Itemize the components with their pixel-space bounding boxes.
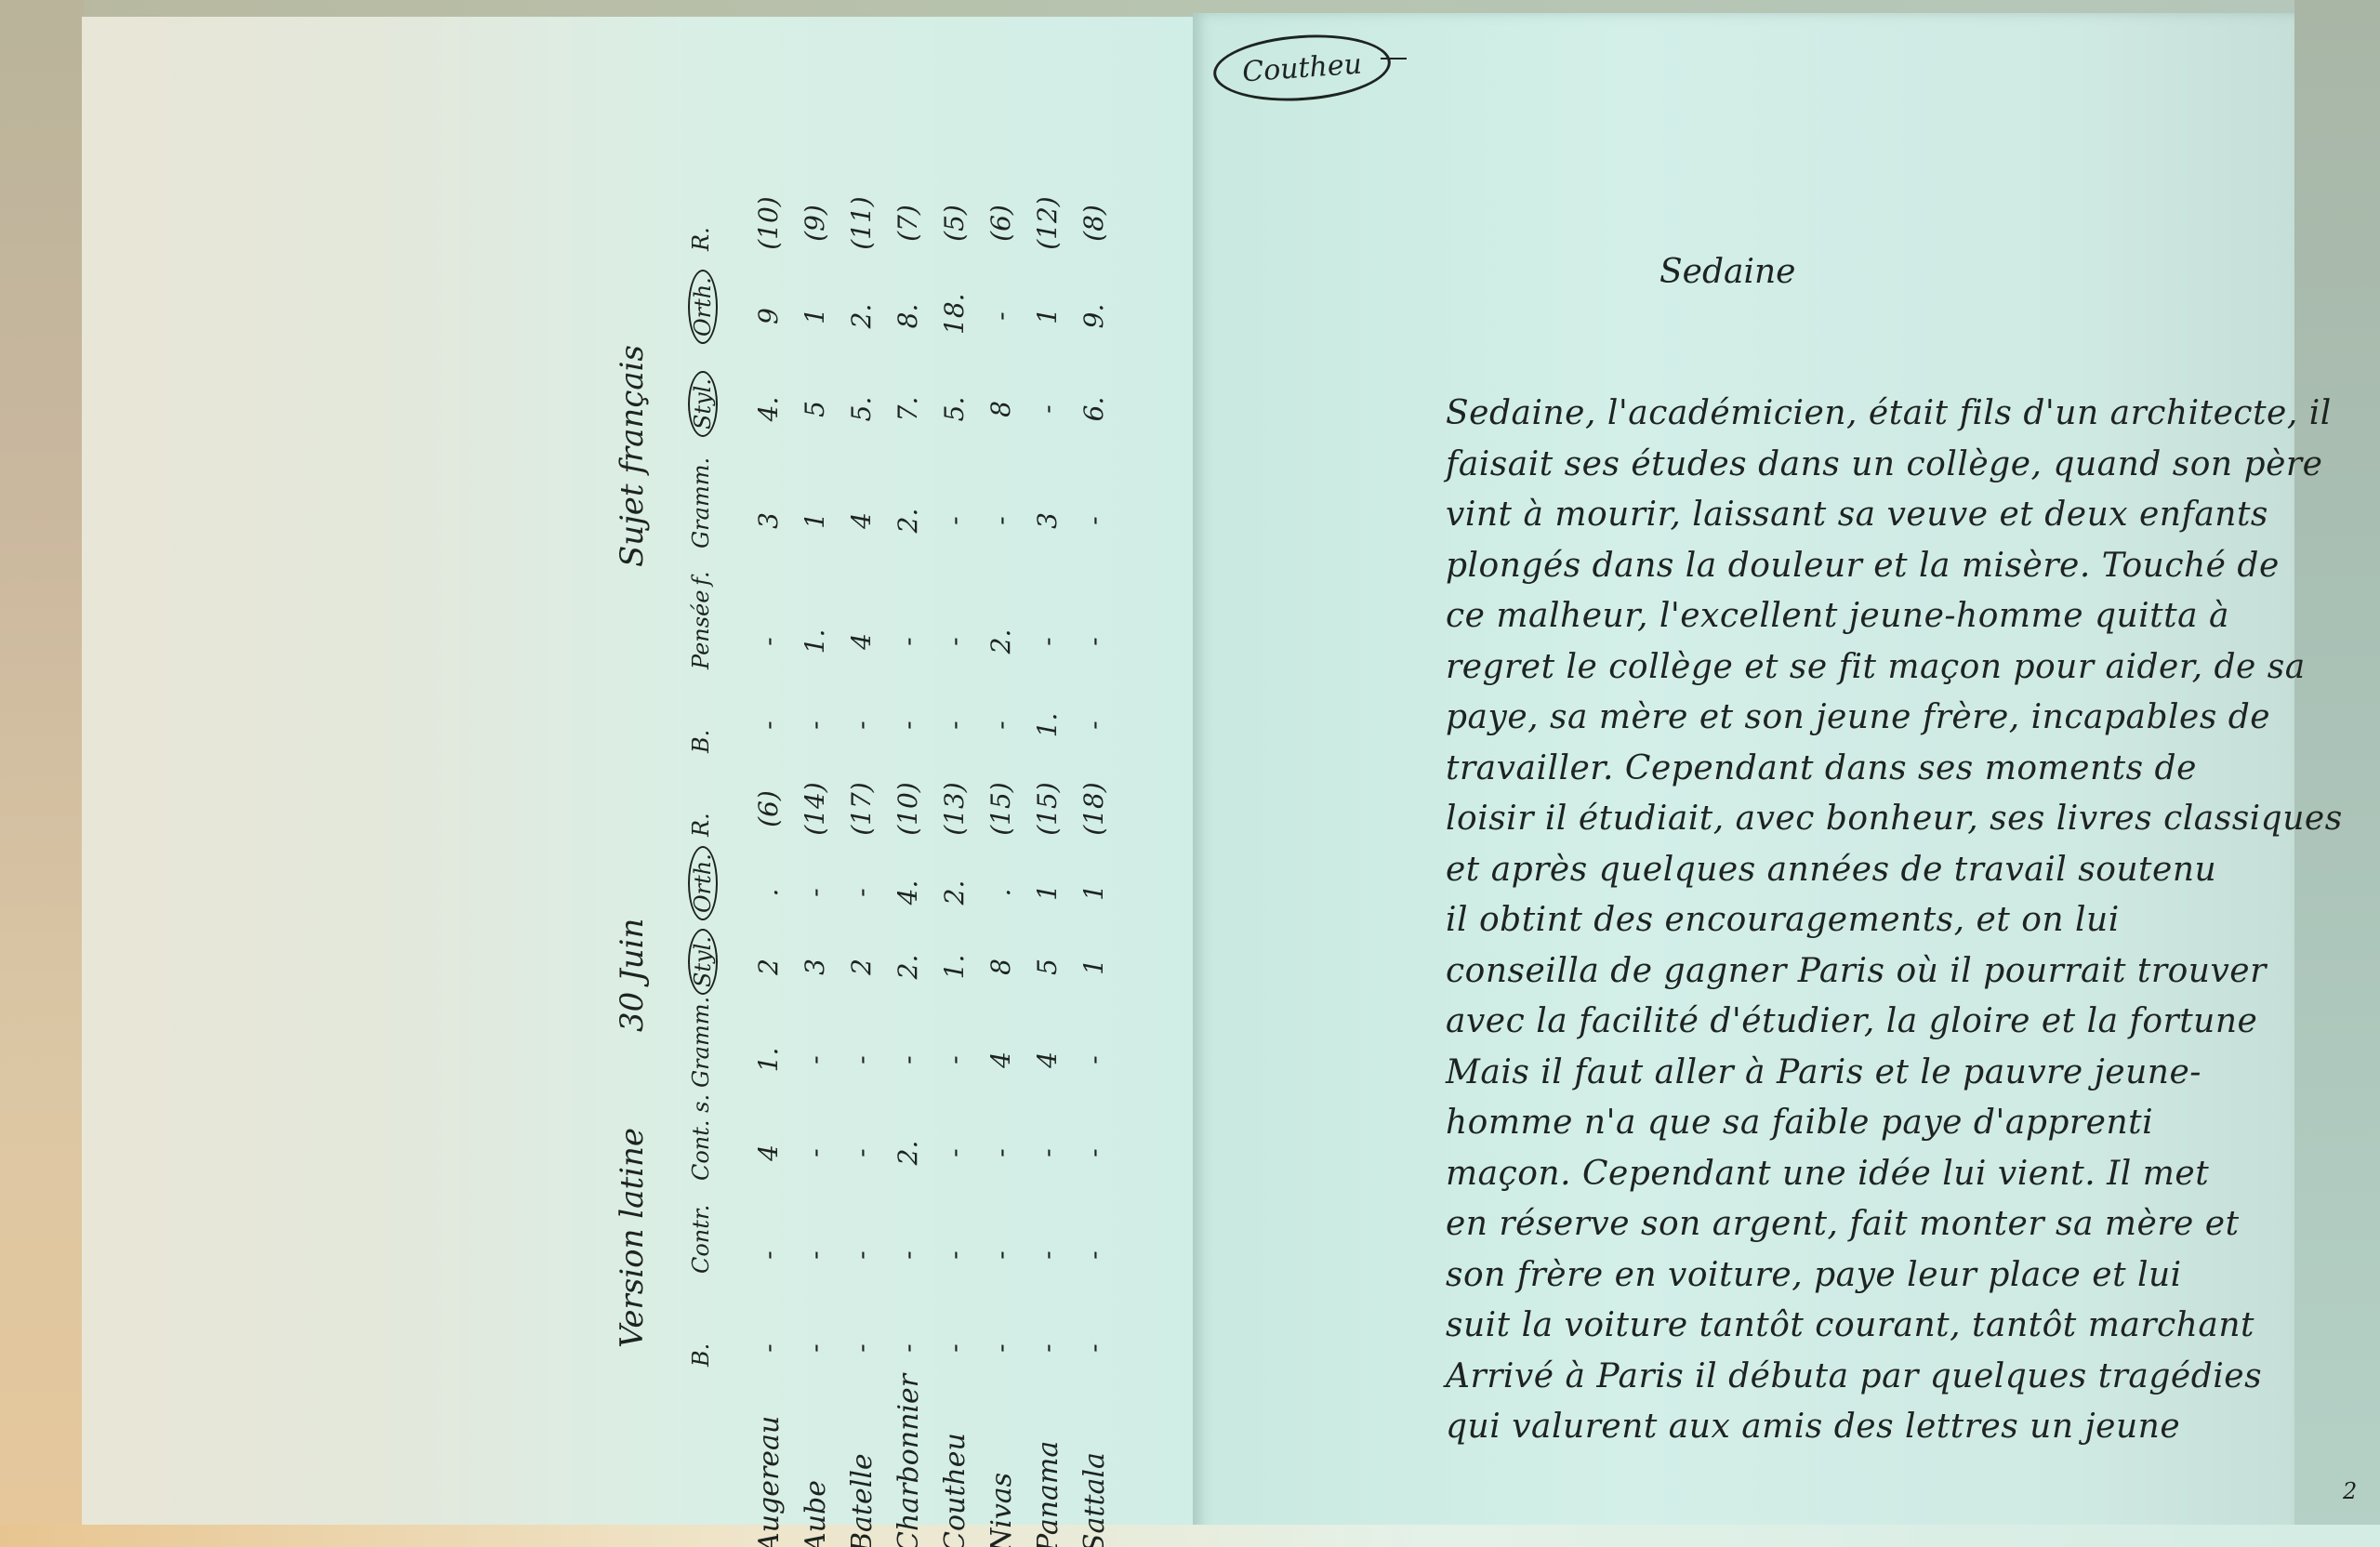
grade-cell: -	[800, 707, 830, 744]
grade-cell: 9	[753, 297, 784, 335]
date-heading: 30 Juin	[614, 919, 651, 1032]
grade-cell: 1.	[800, 623, 830, 660]
table-row: Augereau - - 4 1. 2 . (6) - - 3 4. 9 (10…	[753, 158, 800, 1547]
grade-cell: -	[846, 707, 877, 744]
text-line: il obtint des encouragements, et on lui	[1446, 895, 2320, 946]
grade-cell: -	[985, 1134, 1016, 1171]
text-line: Sedaine, l'académicien, était fils d'un …	[1446, 389, 2320, 440]
grade-cell: 3	[800, 948, 830, 985]
grade-cell: -	[892, 1236, 923, 1274]
rank-cell: (13)	[939, 781, 970, 837]
grade-cell: -	[892, 623, 923, 660]
grade-cell: 5	[800, 390, 830, 428]
table-row: Sattala - - - - 1 1 (18) - - - 6. 9. (8)	[1078, 158, 1125, 1547]
student-name: Sattala	[1078, 1376, 1111, 1547]
text-line: qui valurent aux amis des lettres un jeu…	[1446, 1402, 2320, 1453]
rank-cell: (18)	[1078, 781, 1109, 837]
rank-cell: (15)	[1032, 781, 1063, 837]
column-header: B.	[688, 1343, 714, 1367]
text-line: ce malheur, l'excellent jeune-homme quit…	[1446, 591, 2320, 642]
grade-cell: 8	[985, 390, 1016, 428]
text-line: homme n'a que sa faible paye d'apprenti	[1446, 1098, 2320, 1149]
grade-cell: 5.	[939, 390, 970, 428]
scan-bottom-edge	[0, 1525, 2380, 1547]
rank-cell: (5)	[939, 195, 970, 251]
grade-cell: -	[846, 1134, 877, 1171]
grade-cell: -	[939, 707, 970, 744]
grade-cell: 4	[846, 623, 877, 660]
grade-cell: 5	[1032, 948, 1063, 985]
grade-cell: 2.	[985, 623, 1016, 660]
grade-cell: -	[846, 1329, 877, 1367]
grade-cell: 1	[1078, 874, 1109, 911]
rank-cell: (7)	[892, 195, 923, 251]
grade-cell: 6.	[1078, 390, 1109, 428]
student-name: Charbonnier	[892, 1376, 925, 1547]
text-line: et après quelques années de travail sout…	[1446, 845, 2320, 896]
grade-cell: -	[892, 1329, 923, 1367]
grade-cell: -	[800, 1236, 830, 1274]
grade-cell: 8	[985, 948, 1016, 985]
table-row: Aube - - - - 3 - (14) - 1. 1 5 1 (9)	[800, 158, 846, 1547]
column-header: Orth.	[688, 270, 718, 344]
grade-cell: -	[1078, 1041, 1109, 1078]
grade-cell: 2.	[892, 502, 923, 539]
text-line: plongés dans la douleur et la misère. To…	[1446, 541, 2320, 592]
grade-cell: 9.	[1078, 297, 1109, 335]
table-row: Charbonnier - - 2. - 2. 4. (10) - - 2. 7…	[892, 158, 939, 1547]
grade-cell: 5.	[846, 390, 877, 428]
grade-cell: 2.	[939, 874, 970, 911]
stamp-name: Coutheu	[1241, 47, 1363, 88]
text-line: conseilla de gagner Paris où il pourrait…	[1446, 946, 2320, 998]
grade-cell: -	[753, 1236, 784, 1274]
grade-cell: -	[985, 1329, 1016, 1367]
text-line: travailler. Cependant dans ses moments d…	[1446, 744, 2320, 795]
grade-cell: -	[753, 707, 784, 744]
column-header: f.	[688, 571, 714, 586]
column-header: R.	[688, 813, 714, 837]
column-header: Contr.	[688, 1205, 714, 1274]
grade-cell: -	[1032, 390, 1063, 428]
grade-cell: -	[1032, 1134, 1063, 1171]
text-line: Arrivé à Paris il débuta par quelques tr…	[1446, 1352, 2320, 1403]
rank-cell: (10)	[892, 781, 923, 837]
grade-cell: .	[985, 874, 1016, 911]
grade-cell: -	[800, 1329, 830, 1367]
grade-cell: -	[1032, 1329, 1063, 1367]
student-name: Aube	[800, 1376, 832, 1547]
grade-cell: -	[892, 707, 923, 744]
grade-cell: -	[1032, 623, 1063, 660]
rank-cell: (9)	[800, 195, 830, 251]
grade-cell: 1.	[1032, 707, 1063, 744]
column-header: Gramm.	[688, 457, 714, 549]
scan-left-edge	[0, 0, 84, 1547]
grade-cell: 7.	[892, 390, 923, 428]
table-row: Panama - - - 4 5 1 (15) 1. - 3 - 1 (12)	[1032, 158, 1078, 1547]
grade-cell: 4.	[753, 390, 784, 428]
student-name: Nivas	[985, 1376, 1018, 1547]
student-name: Panama	[1032, 1376, 1064, 1547]
grade-cell: -	[1078, 1134, 1109, 1171]
grade-cell: -	[800, 874, 830, 911]
grade-cell: 2	[846, 948, 877, 985]
column-header: Styl.	[688, 929, 718, 995]
grade-cell: -	[846, 874, 877, 911]
grade-cell: -	[753, 623, 784, 660]
rank-cell: (15)	[985, 781, 1016, 837]
text-line: Mais il faut aller à Paris et le pauvre …	[1446, 1048, 2320, 1099]
rank-cell: (6)	[985, 195, 1016, 251]
text-line: regret le collège et se fit maçon pour a…	[1446, 642, 2320, 694]
table-row: Coutheu - - - - 1. 2. (13) - - - 5. 18. …	[939, 158, 985, 1547]
grade-cell: -	[939, 1041, 970, 1078]
text-line: paye, sa mère et son jeune frère, incapa…	[1446, 693, 2320, 744]
grade-cell: -	[800, 1134, 830, 1171]
grade-cell: 1.	[939, 948, 970, 985]
grade-cell: -	[939, 1134, 970, 1171]
column-header: B.	[688, 730, 714, 753]
grade-cell: .	[753, 874, 784, 911]
grade-cell: -	[939, 623, 970, 660]
section-french-heading: Sujet français	[614, 345, 651, 567]
grade-cell: -	[1078, 1236, 1109, 1274]
grade-cell: 2.	[892, 1134, 923, 1171]
grade-cell: -	[1078, 502, 1109, 539]
section-latin-heading: Version latine	[614, 1128, 651, 1348]
column-header: Pensée	[688, 590, 714, 669]
column-header: Gramm.	[688, 997, 714, 1088]
text-line: faisait ses études dans un collège, quan…	[1446, 440, 2320, 491]
grade-cell: 3	[1032, 502, 1063, 539]
grade-cell: -	[892, 1041, 923, 1078]
text-line: vint à mourir, laissant sa veuve et deux…	[1446, 490, 2320, 541]
student-name: Coutheu	[939, 1376, 972, 1547]
grade-cell: -	[846, 1041, 877, 1078]
grade-cell: 2.	[892, 948, 923, 985]
grade-cell: 1	[800, 297, 830, 335]
rank-cell: (17)	[846, 781, 877, 837]
grade-cell: 4	[1032, 1041, 1063, 1078]
rank-cell: (11)	[846, 195, 877, 251]
grade-cell: 1	[1078, 948, 1109, 985]
grade-cell: -	[985, 297, 1016, 335]
grade-cell: -	[939, 1236, 970, 1274]
grade-cell: 8.	[892, 297, 923, 335]
table-headings: Version latine 30 Juin Sujet français	[614, 158, 669, 1547]
rank-cell: (8)	[1078, 195, 1109, 251]
grade-cell: 3	[753, 502, 784, 539]
grade-cell: 1	[1032, 874, 1063, 911]
grade-cell: -	[1078, 707, 1109, 744]
grade-cell: 1	[800, 502, 830, 539]
grade-cell: 4.	[892, 874, 923, 911]
grade-cell: 18.	[939, 297, 970, 335]
text-line: loisir il étudiait, avec bonheur, ses li…	[1446, 794, 2320, 845]
grade-cell: 4	[985, 1041, 1016, 1078]
grade-cell: -	[1032, 1236, 1063, 1274]
grade-cell: -	[1078, 1329, 1109, 1367]
grade-cell: -	[985, 1236, 1016, 1274]
grade-cell: 2.	[846, 297, 877, 335]
grade-cell: 4	[753, 1134, 784, 1171]
column-header: Styl.	[688, 371, 718, 437]
text-line: avec la facilité d'étudier, la gloire et…	[1446, 997, 2320, 1048]
rank-cell: (14)	[800, 781, 830, 837]
page-mark: 2	[2343, 1478, 2357, 1504]
grade-cell: -	[939, 502, 970, 539]
grade-cell: -	[939, 1329, 970, 1367]
student-name: Batelle	[846, 1376, 879, 1547]
grade-cell: 1	[1032, 297, 1063, 335]
text-line: en réserve son argent, fait monter sa mè…	[1446, 1199, 2320, 1250]
rank-cell: (10)	[753, 195, 784, 251]
grade-cell: -	[985, 707, 1016, 744]
grade-cell: -	[985, 502, 1016, 539]
stamp-flourish	[1381, 58, 1407, 59]
table-row: Batelle - - - - 2 - (17) - 4 4 5. 2. (11…	[846, 158, 892, 1547]
grade-cell: 2	[753, 948, 784, 985]
grade-cell: -	[846, 1236, 877, 1274]
column-header: R.	[688, 227, 714, 251]
table-row: Nivas - - - 4 8 . (15) - 2. - 8 - (6)	[985, 158, 1032, 1547]
grade-cell: -	[753, 1329, 784, 1367]
grade-table: Version latine 30 Juin Sujet français B.…	[595, 158, 1134, 1547]
text-line: suit la voiture tantôt courant, tantôt m…	[1446, 1301, 2320, 1352]
student-name: Augereau	[753, 1376, 786, 1547]
manuscript-body: Sedaine, l'académicien, était fils d'un …	[1446, 389, 2320, 1453]
grade-cell: -	[800, 1041, 830, 1078]
grade-cell: -	[1078, 623, 1109, 660]
text-line: maçon. Cependant une idée lui vient. Il …	[1446, 1149, 2320, 1200]
column-headers: B. Contr. Cont. s. Gramm. Styl. Orth. R.…	[688, 158, 734, 1547]
rank-cell: (12)	[1032, 195, 1063, 251]
column-header: Orth.	[688, 846, 718, 920]
column-header: Cont. s.	[688, 1094, 714, 1181]
text-line: son frère en voiture, paye leur place et…	[1446, 1250, 2320, 1302]
rank-cell: (6)	[753, 781, 784, 837]
grade-cell: 4	[846, 502, 877, 539]
grade-cell: 1.	[753, 1041, 784, 1078]
page-title: Sedaine	[1659, 253, 1795, 291]
